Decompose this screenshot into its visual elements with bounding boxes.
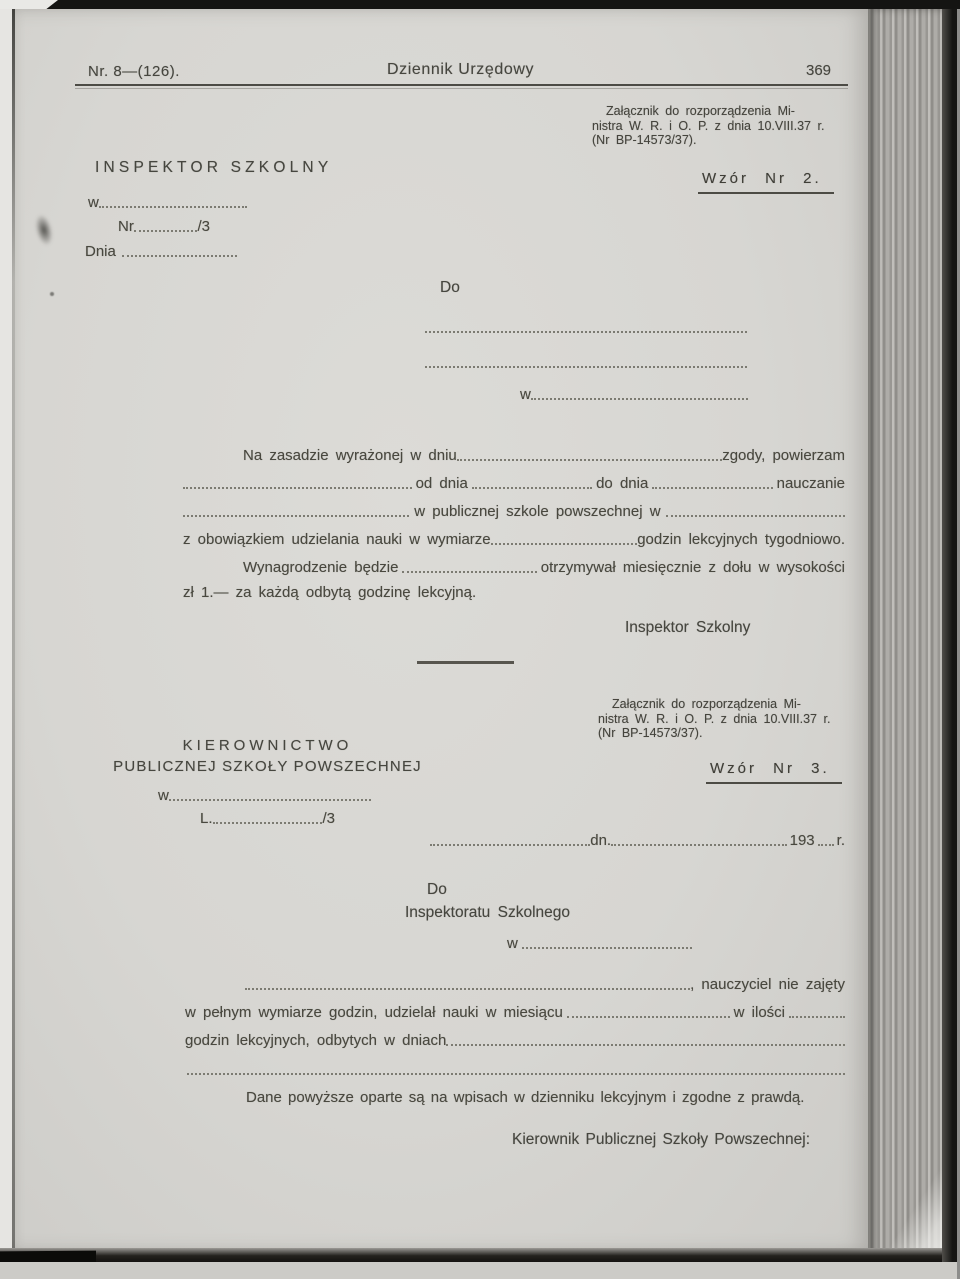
attachment-note-line: Załącznik do rozporządzenia Mi- [592,104,854,119]
truth-statement: Dane powyższe oparte są na wpisach w dzi… [246,1089,804,1106]
blank-line [472,487,592,489]
body-line-1: Na zasadzie wyrażonej w dniu zgody, powi… [243,446,845,464]
blank-line [183,515,409,517]
scanned-gazette-page: Nr. 8—(126). Dziennik Urzędowy 369 Załąc… [0,0,960,1279]
blank-line [402,571,536,573]
body-text: Wynagrodzenie będzie [243,559,398,576]
blank-line [122,255,237,257]
scan-top-edge [0,0,960,9]
field-label: dn. [590,832,611,849]
blank-line [213,822,323,824]
attachment-note-line: Załącznik do rozporządzenia Mi- [598,697,858,712]
blank-line [134,230,198,232]
addressee-do-label: Do [440,279,460,297]
header-rule-shadow [75,88,848,89]
field-label: w [520,386,531,403]
school-management-title-line1: KIEROWNICTWO [95,737,440,754]
blank-line [567,1016,730,1018]
school-management-title-line2: PUBLICZNEJ SZKOŁY POWSZECHNEJ [95,758,440,775]
scanner-background [0,1262,957,1279]
header-journal-title: Dziennik Urzędowy [387,61,534,79]
report-line-3: godzin lekcyjnych, odbytych w dniach [185,1031,845,1049]
body-line-3: w publicznej szkole powszechnej w [183,502,845,520]
body-text: w ilości [734,1004,785,1021]
addressee-inspectorate: Inspektoratu Szkolnego [405,904,570,922]
book-cover-edge [942,0,957,1262]
body-text: Na zasadzie wyrażonej w dniu [243,447,457,464]
field-label: w [158,787,169,804]
field-label: w [507,935,518,952]
body-text: z obowiązkiem udzielania nauki w wymiarz… [183,531,491,548]
body-line-2: od dnia do dnia nauczanie [183,474,845,492]
attachment-note-line: (Nr BP-14573/37). [592,133,854,148]
field-label: L. [200,810,213,827]
blank-line [666,515,845,517]
blank-line [789,1016,845,1018]
form-label-wzor-2: Wzór Nr 2. [698,170,834,194]
signature-inspector: Inspektor Szkolny [625,619,750,637]
field-addressee-line-2 [425,353,747,371]
body-text: otrzymywał miesięcznie z dołu w wysokośc… [541,559,845,576]
field-date: Dnia [85,242,237,260]
field-suffix: /3 [322,810,335,827]
addressee-do-label-2: Do [427,881,447,899]
body-text: w publicznej szkole powszechnej w [414,503,660,520]
field-inspectorate-locality: w [507,934,692,952]
field-reference-number: Nr /3 [118,217,210,235]
field-label: Dnia [85,243,116,260]
attachment-note-line: nistra W. R. i O. P. z dnia 10.VIII.37 r… [598,712,858,727]
body-line-5: Wynagrodzenie będzie otrzymywał miesięcz… [243,558,845,576]
report-line-1: , nauczyciel nie zajęty [245,975,845,993]
year-prefix: 193 [790,832,815,849]
blank-line [522,947,692,949]
blank-line [99,206,247,208]
body-text: do dnia [596,475,648,492]
attachment-note-1: Załącznik do rozporządzenia Mi- nistra W… [592,104,854,148]
field-l-number: L. /3 [200,809,335,827]
school-management-title: KIEROWNICTWO PUBLICZNEJ SZKOŁY POWSZECHN… [95,737,440,775]
attachment-note-line: nistra W. R. i O. P. z dnia 10.VIII.37 r… [592,119,854,134]
book-bottom-edge [0,1248,942,1262]
body-text: , nauczyciel nie zajęty [690,976,845,993]
section-divider [417,661,514,664]
field-locality-school: w [158,786,371,804]
blank-line [531,398,748,400]
sender-office-title: INSPEKTOR SZKOLNY [95,159,332,177]
signature-school-head: Kierownik Publicznej Szkoły Powszechnej: [512,1131,810,1149]
attachment-note-2: Załącznik do rozporządzenia Mi- nistra W… [598,697,858,741]
blank-line [425,366,747,368]
blank-line [183,487,412,489]
blank-line [245,988,690,990]
body-line-6: zł 1.— za każdą odbytą godzinę lekcyjną. [183,584,476,601]
field-place-and-date: dn. 193 r. [430,831,845,849]
blank-line [425,331,747,333]
body-text: nauczanie [777,475,845,492]
blank-line [169,799,371,801]
blank-line [187,1073,845,1075]
field-addressee-line-1 [425,318,747,336]
attachment-note-line: (Nr BP-14573/37). [598,726,858,741]
body-text: zgody, powierzam [722,447,845,464]
page-crease [12,8,15,1252]
field-locality-sender: w [88,193,247,211]
header-page-number: 369 [806,62,831,79]
body-text: w pełnym wymiarze godzin, udzielał nauki… [185,1004,563,1021]
ink-speck [50,292,54,296]
body-text: godzin lekcyjnych, odbytych w dniach [185,1032,446,1049]
blank-line [457,459,722,461]
field-addressee-locality: w [520,385,748,403]
body-text: godzin lekcyjnych tygodniowo. [637,531,845,548]
blank-line [611,844,787,846]
report-line-2: w pełnym wymiarze godzin, udzielał nauki… [185,1003,845,1021]
header-rule [75,84,848,86]
blank-line [652,487,772,489]
report-line-4 [187,1060,845,1078]
blank-line [491,543,638,545]
blank-line [818,844,834,846]
blank-line [430,844,590,846]
field-label: Nr [118,218,134,235]
body-text: od dnia [416,475,468,492]
header-issue-number: Nr. 8—(126). [88,63,180,80]
scan-left-margin [0,0,12,1262]
field-suffix: /3 [197,218,210,235]
year-suffix: r. [837,832,845,849]
body-line-4: z obowiązkiem udzielania nauki w wymiarz… [183,530,845,548]
field-label: w [88,194,99,211]
blank-line [446,1044,845,1046]
book-page-stack [868,9,942,1262]
form-label-wzor-3: Wzór Nr 3. [706,760,842,784]
